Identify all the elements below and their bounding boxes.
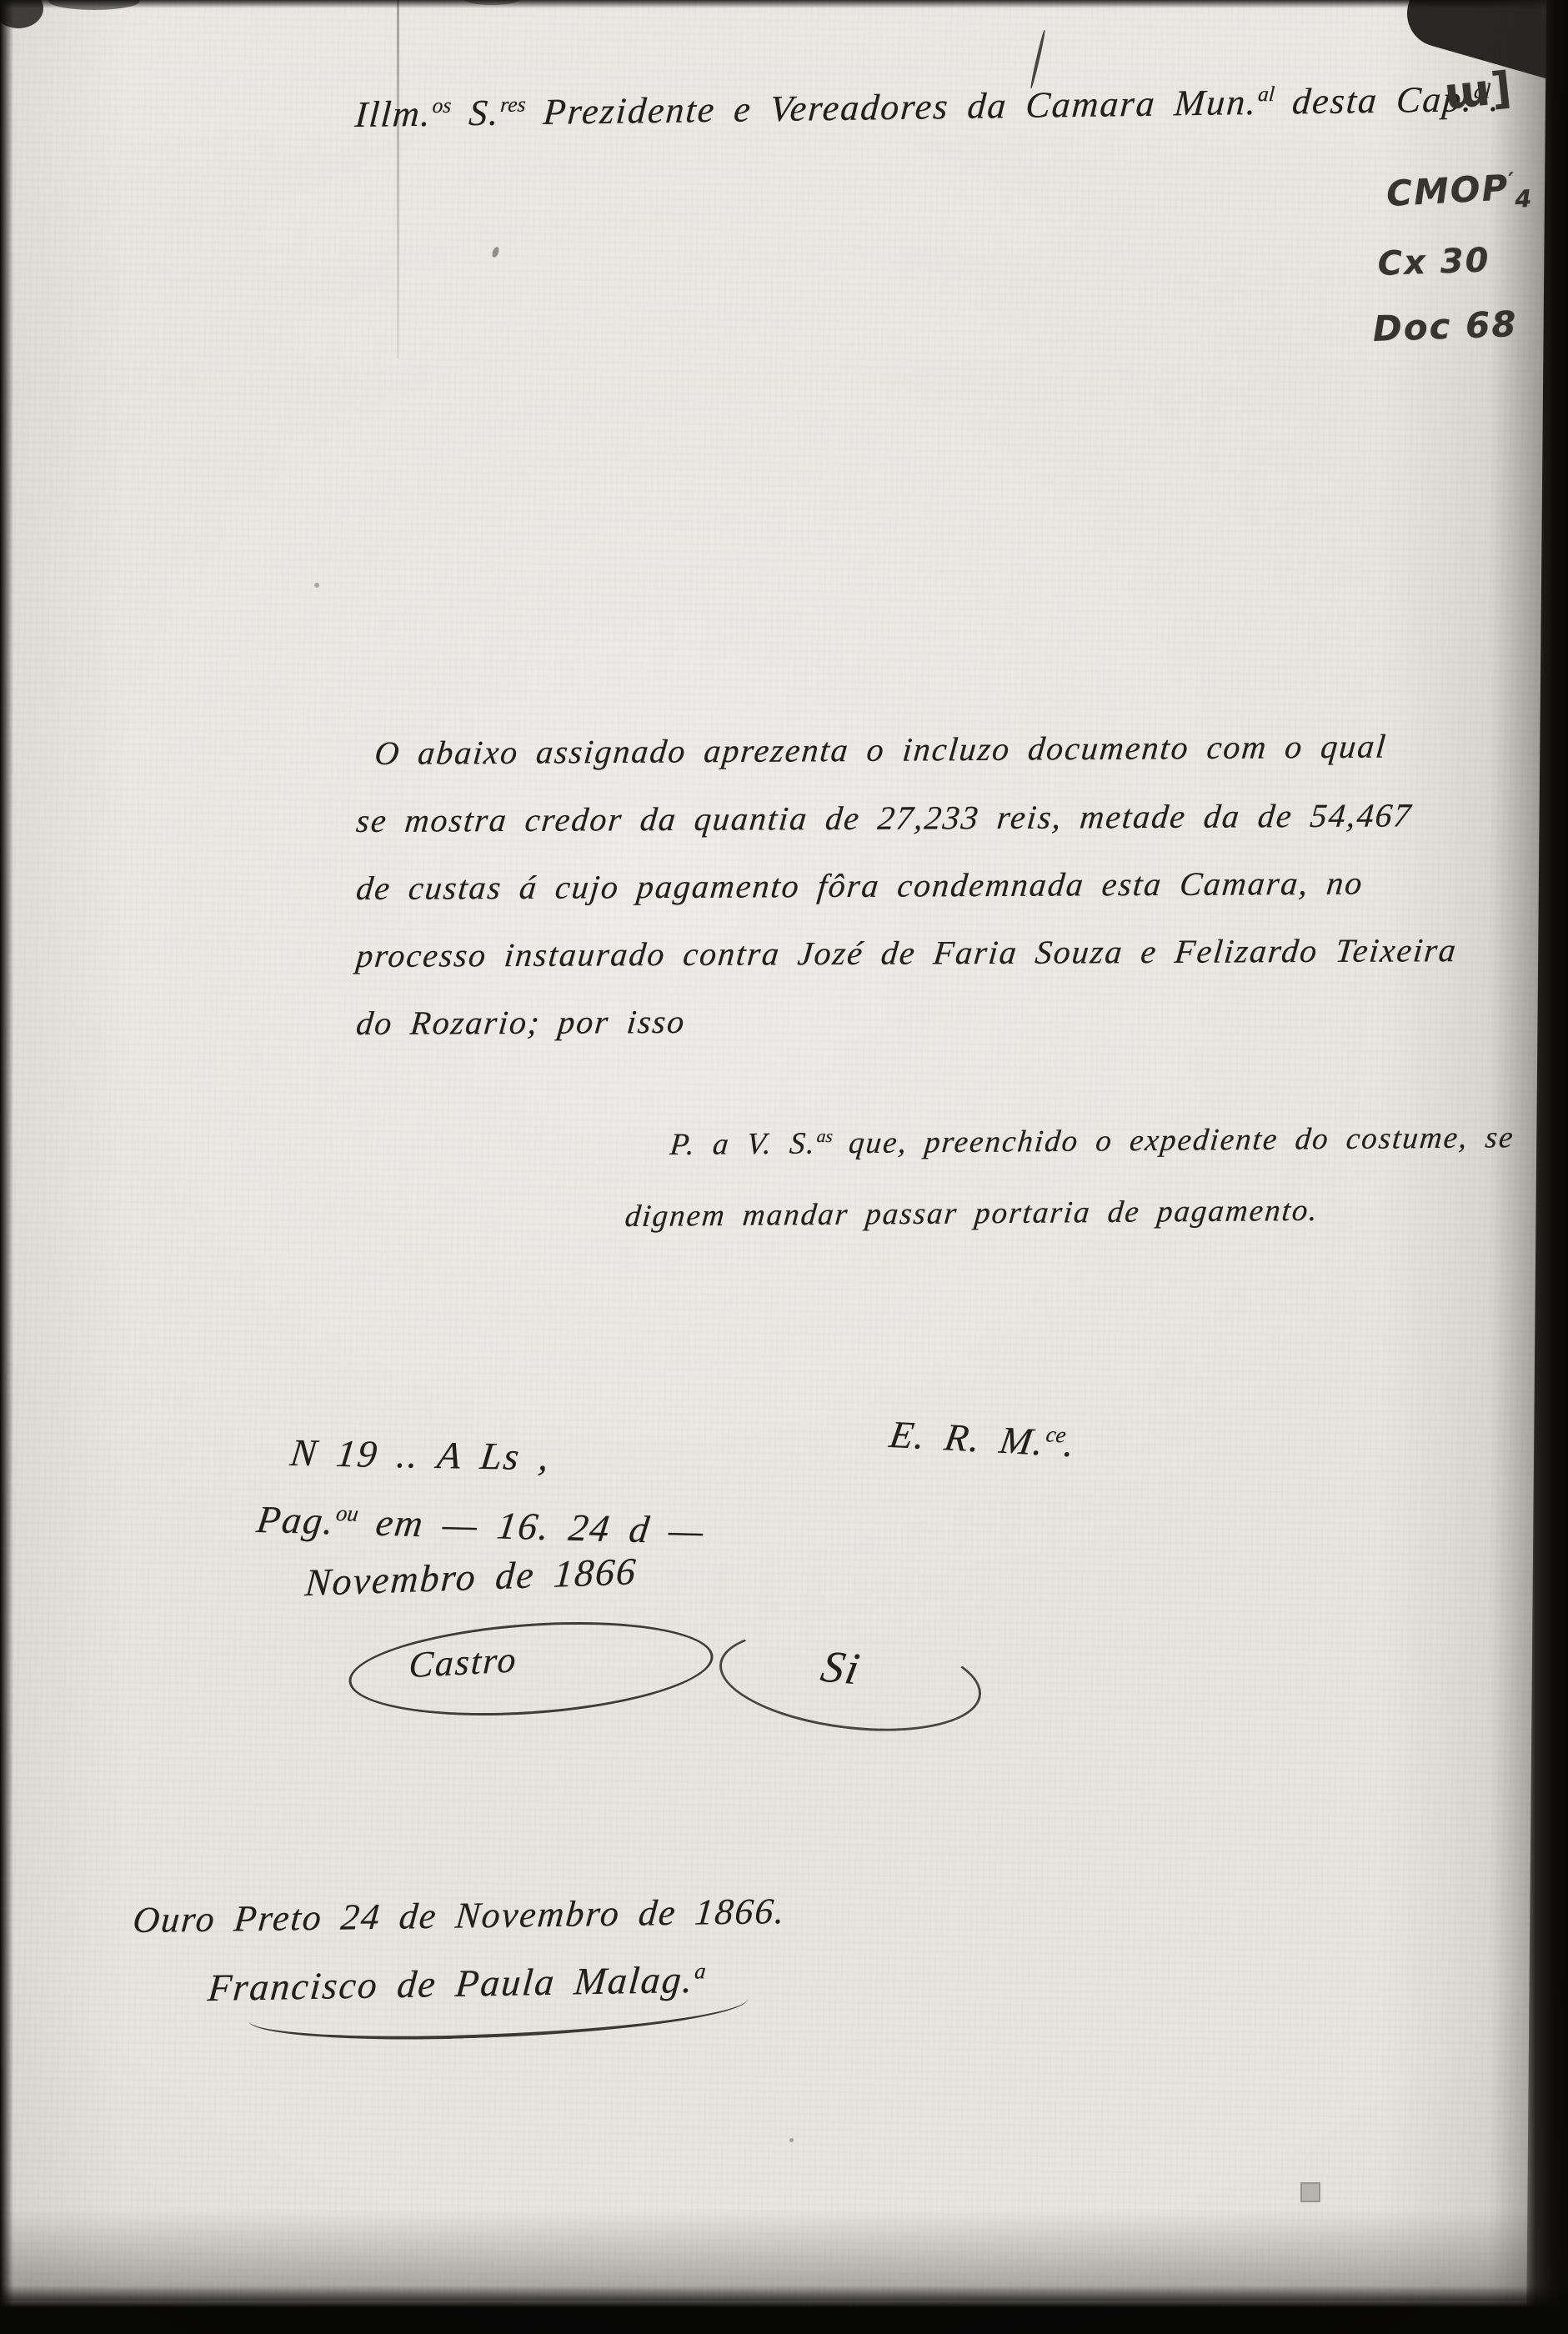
ink-speck — [491, 246, 500, 258]
body-line: de custas á cujo pagamento fôra condemna… — [354, 864, 1365, 908]
closing-dateline: Ouro Preto 24 de Novembro de 1866. — [131, 1890, 788, 1941]
ink-speck — [314, 583, 319, 588]
bottom-scan-edge — [0, 2286, 1568, 2334]
ink-speck — [789, 2138, 794, 2142]
clerk-signature: Castro — [408, 1638, 518, 1686]
despatch-month-line: Novembro de 1866 — [303, 1549, 639, 1605]
left-scan-edge — [0, 0, 13, 2334]
petition-line: dignem mandar passar portaria de pagamen… — [624, 1193, 1320, 1235]
document-salutation: Illm.os S.res Prezidente e Vereadores da… — [353, 78, 1502, 136]
scan-artifact-square — [1300, 2182, 1320, 2202]
archival-box-code: Cx 30 — [1377, 241, 1490, 283]
body-line: se mostra credor da quantia de 27,233 re… — [354, 795, 1414, 840]
scanned-document: Illm.os S.res Prezidente e Vereadores da… — [0, 0, 1568, 2334]
paper-sheet: Illm.os S.res Prezidente e Vereadores da… — [0, 0, 1568, 2334]
body-line: O abaixo assignado aprezenta o incluzo d… — [373, 727, 1389, 774]
despatch-paid-line: Pag.ou em — 16. 24 d — — [254, 1497, 708, 1553]
despatch-number-line: N 19 .. A Ls , — [288, 1430, 554, 1479]
clerk-signature-oval — [346, 1611, 716, 1726]
despatch-erm: E. R. M.ce. — [887, 1412, 1080, 1465]
body-line: do Rozario; por isso — [354, 1002, 688, 1043]
stray-ink-stroke — [1029, 29, 1046, 88]
vertical-fold-crease — [397, 0, 399, 358]
body-line: processo instaurado contra Jozé de Faria… — [354, 930, 1459, 975]
petition-line: P. a V. S.as que, preenchido o expedient… — [669, 1119, 1516, 1163]
top-scan-edge — [0, 0, 1568, 8]
